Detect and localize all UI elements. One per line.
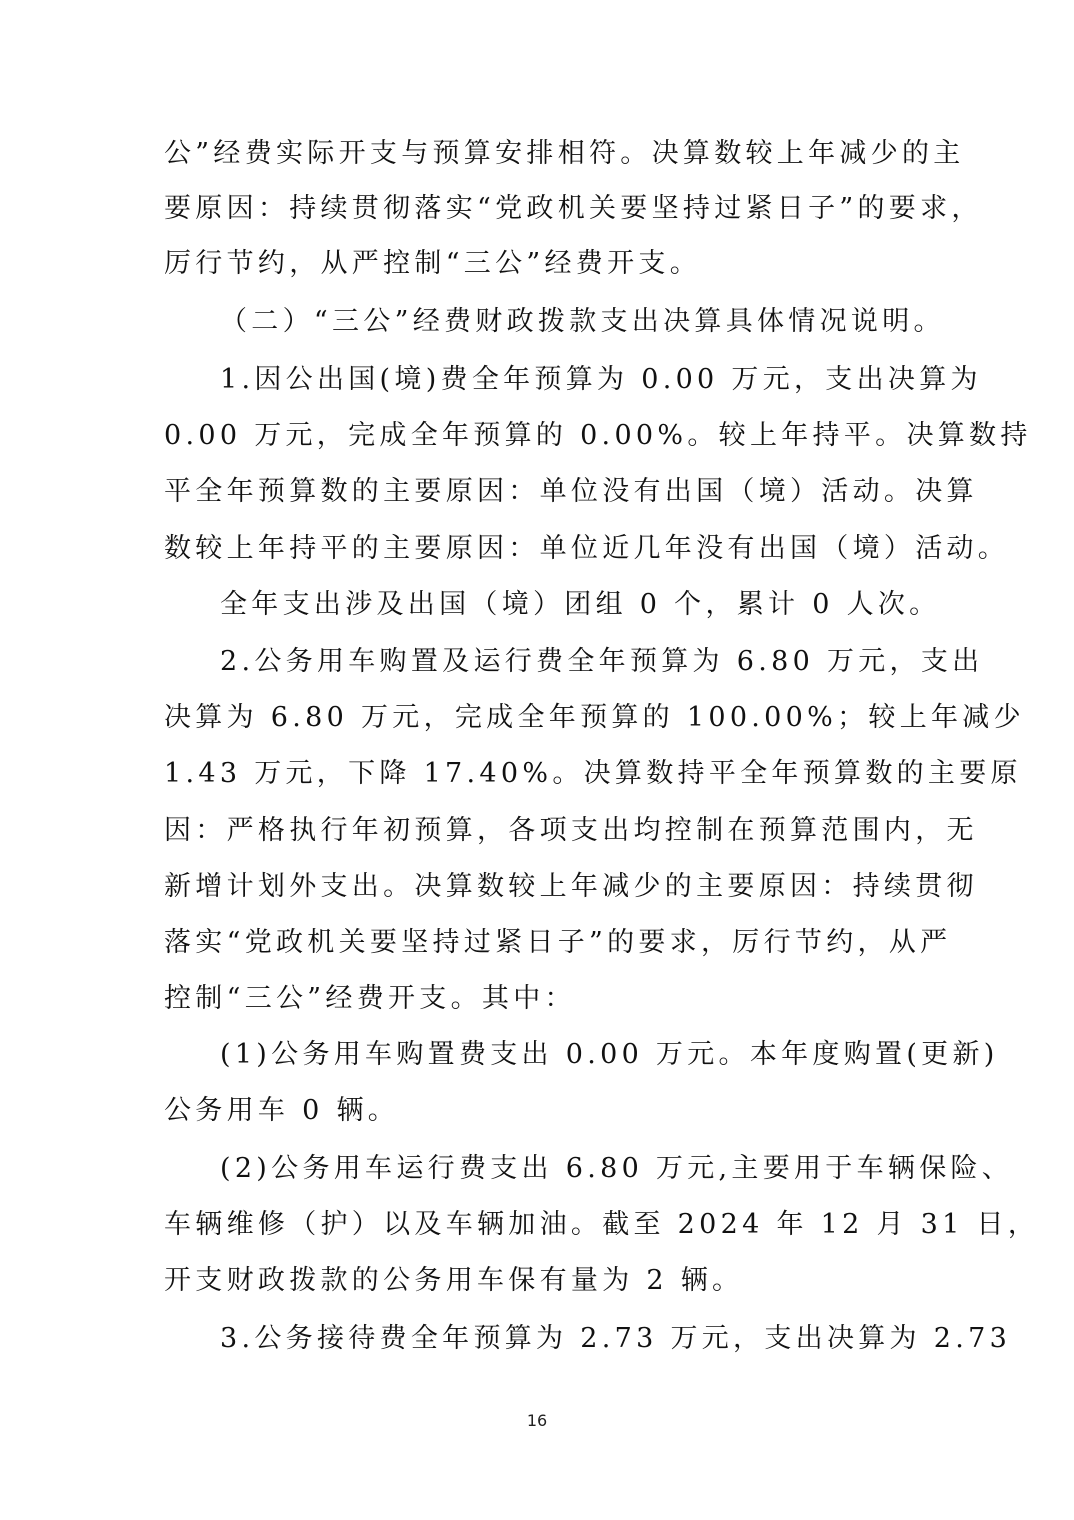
paragraph-line: 因：严格执行年初预算，各项支出均控制在预算范围内，无 bbox=[164, 815, 912, 847]
paragraph-line: 数较上年持平的主要原因：单位近几年没有出国（境）活动。 bbox=[164, 533, 912, 565]
paragraph-line: 1.43 万元，下降 17.40%。决算数持平全年预算数的主要原 bbox=[164, 758, 912, 790]
paragraph-line: 全年支出涉及出国（境）团组 0 个，累计 0 人次。 bbox=[220, 589, 912, 621]
paragraph-line: 3.公务接待费全年预算为 2.73 万元，支出决算为 2.73 bbox=[220, 1323, 912, 1355]
paragraph-line: 新增计划外支出。决算数较上年减少的主要原因：持续贯彻 bbox=[164, 871, 912, 903]
page-number: 16 bbox=[0, 1411, 1074, 1430]
paragraph-line: 落实“党政机关要坚持过紧日子”的要求，厉行节约，从严 bbox=[164, 927, 912, 959]
paragraph-line: 控制“三公”经费开支。其中： bbox=[164, 983, 912, 1015]
paragraph-line: 0.00 万元，完成全年预算的 0.00%。较上年持平。决算数持 bbox=[164, 420, 912, 452]
paragraph-line: 决算为 6.80 万元，完成全年预算的 100.00%；较上年减少 bbox=[164, 702, 912, 734]
paragraph-line: 2.公务用车购置及运行费全年预算为 6.80 万元，支出 bbox=[220, 646, 912, 678]
paragraph-line: (1)公务用车购置费支出 0.00 万元。本年度购置(更新) bbox=[220, 1039, 912, 1071]
paragraph-line: （二）“三公”经费财政拨款支出决算具体情况说明。 bbox=[220, 306, 912, 338]
document-page: 公”经费实际开支与预算安排相符。决算数较上年减少的主要原因：持续贯彻落实“党政机… bbox=[0, 0, 1074, 1520]
paragraph-line: 开支财政拨款的公务用车保有量为 2 辆。 bbox=[164, 1265, 912, 1297]
paragraph-line: 公”经费实际开支与预算安排相符。决算数较上年减少的主 bbox=[164, 138, 912, 170]
paragraph-line: 厉行节约，从严控制“三公”经费开支。 bbox=[164, 248, 912, 280]
paragraph-line: 公务用车 0 辆。 bbox=[164, 1095, 912, 1127]
paragraph-line: (2)公务用车运行费支出 6.80 万元,主要用于车辆保险、 bbox=[220, 1153, 912, 1185]
paragraph-line: 1.因公出国(境)费全年预算为 0.00 万元，支出决算为 bbox=[220, 364, 912, 396]
paragraph-line: 车辆维修（护）以及车辆加油。截至 2024 年 12 月 31 日， bbox=[164, 1209, 912, 1241]
paragraph-line: 平全年预算数的主要原因：单位没有出国（境）活动。决算 bbox=[164, 476, 912, 508]
paragraph-line: 要原因：持续贯彻落实“党政机关要坚持过紧日子”的要求， bbox=[164, 193, 912, 225]
